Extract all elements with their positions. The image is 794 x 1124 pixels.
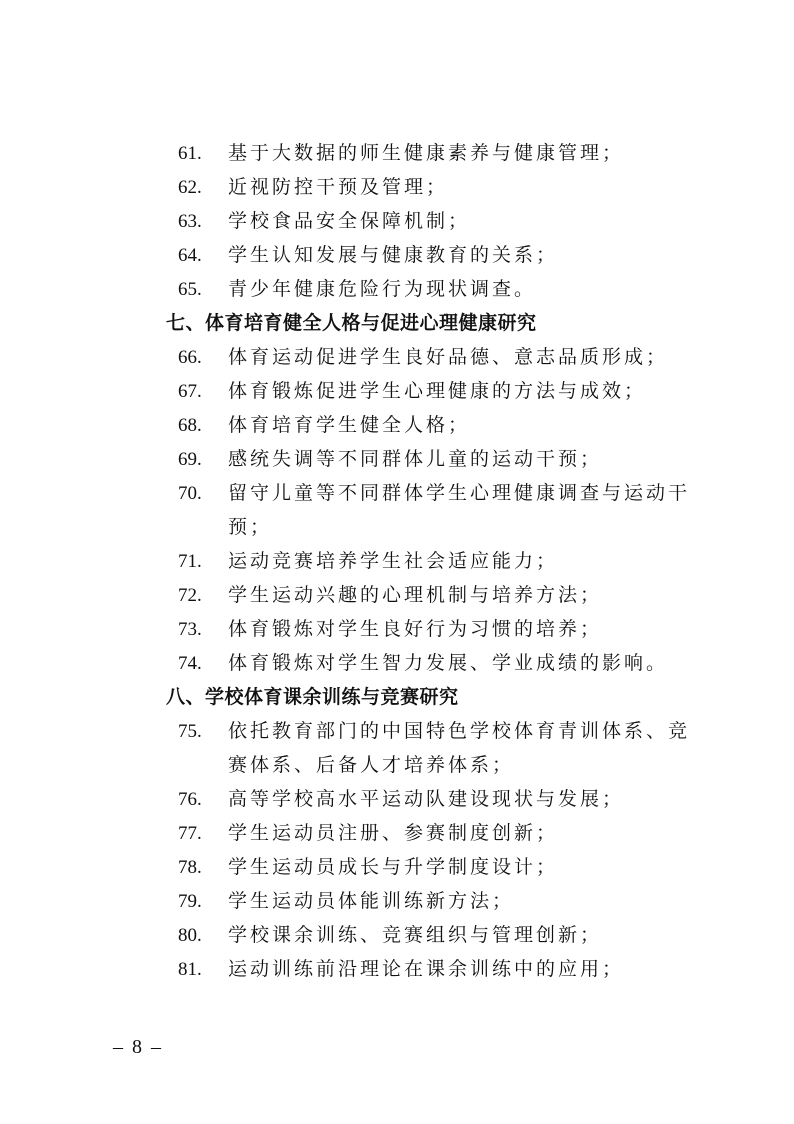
list-item: 67.体育锻炼促进学生心理健康的方法与成效；	[178, 374, 678, 408]
item-number: 78.	[178, 851, 228, 885]
item-text: 基于大数据的师生健康素养与健康管理；	[228, 136, 624, 170]
item-number: 74.	[178, 647, 228, 681]
list-item: 64.学生认知发展与健康教育的关系；	[178, 238, 678, 272]
item-number: 72.	[178, 579, 228, 613]
item-number: 61.	[178, 137, 228, 171]
item-text: 学生运动员成长与升学制度设计；	[228, 850, 558, 884]
item-number: 77.	[178, 817, 228, 851]
item-number: 79.	[178, 885, 228, 919]
item-number: 64.	[178, 239, 228, 273]
list-item: 72.学生运动兴趣的心理机制与培养方法；	[178, 578, 678, 612]
list-item: 81.运动训练前沿理论在课余训练中的应用；	[178, 952, 678, 986]
item-number: 70.	[178, 477, 228, 511]
item-number: 80.	[178, 919, 228, 953]
list-item: 63.学校食品安全保障机制；	[178, 204, 678, 238]
list-item: 70.留守儿童等不同群体学生心理健康调查与运动干	[178, 476, 678, 510]
list-item: 75.依托教育部门的中国特色学校体育青训体系、竞	[178, 714, 678, 748]
list-item: 76.高等学校高水平运动队建设现状与发展；	[178, 782, 678, 816]
item-number: 66.	[178, 341, 228, 375]
item-text: 学校课余训练、竞赛组织与管理创新；	[228, 918, 602, 952]
item-number: 63.	[178, 205, 228, 239]
list-item: 73.体育锻炼对学生良好行为习惯的培养；	[178, 612, 678, 646]
item-text: 学校食品安全保障机制；	[228, 204, 470, 238]
list-item: 77.学生运动员注册、参赛制度创新；	[178, 816, 678, 850]
item-number: 71.	[178, 545, 228, 579]
item-text: 近视防控干预及管理；	[228, 170, 448, 204]
list-item: 66.体育运动促进学生良好品德、意志品质形成；	[178, 340, 678, 374]
item-text: 运动训练前沿理论在课余训练中的应用；	[228, 952, 624, 986]
item-text: 学生运动员体能训练新方法；	[228, 884, 514, 918]
page-number: – 8 –	[113, 1036, 163, 1059]
item-text: 学生认知发展与健康教育的关系；	[228, 238, 558, 272]
list-item-continuation: 赛体系、后备人才培养体系；	[178, 748, 678, 782]
list-item: 80.学校课余训练、竞赛组织与管理创新；	[178, 918, 678, 952]
list-item-continuation: 预；	[178, 510, 678, 544]
item-text: 体育锻炼促进学生心理健康的方法与成效；	[228, 374, 646, 408]
item-number: 62.	[178, 171, 228, 205]
list-item: 74.体育锻炼对学生智力发展、学业成绩的影响。	[178, 646, 678, 680]
list-item: 65.青少年健康危险行为现状调查。	[178, 272, 678, 306]
list-item: 61.基于大数据的师生健康素养与健康管理；	[178, 136, 678, 170]
item-text: 体育培育学生健全人格；	[228, 408, 470, 442]
list-item: 79.学生运动员体能训练新方法；	[178, 884, 678, 918]
item-number: 76.	[178, 783, 228, 817]
item-text: 高等学校高水平运动队建设现状与发展；	[228, 782, 624, 816]
item-number: 69.	[178, 443, 228, 477]
list-item: 69.感统失调等不同群体儿童的运动干预；	[178, 442, 678, 476]
item-number: 81.	[178, 953, 228, 987]
item-text: 运动竞赛培养学生社会适应能力；	[228, 544, 558, 578]
list-item: 68.体育培育学生健全人格；	[178, 408, 678, 442]
item-text: 体育锻炼对学生良好行为习惯的培养；	[228, 612, 602, 646]
item-text: 体育锻炼对学生智力发展、学业成绩的影响。	[228, 646, 668, 680]
item-number: 67.	[178, 375, 228, 409]
item-text: 感统失调等不同群体儿童的运动干预；	[228, 442, 602, 476]
item-text: 学生运动兴趣的心理机制与培养方法；	[228, 578, 602, 612]
section-heading-7: 七、体育培育健全人格与促进心理健康研究	[166, 306, 678, 340]
document-body: 61.基于大数据的师生健康素养与健康管理； 62.近视防控干预及管理； 63.学…	[178, 136, 678, 986]
document-page: 61.基于大数据的师生健康素养与健康管理； 62.近视防控干预及管理； 63.学…	[0, 0, 794, 1124]
item-number: 75.	[178, 715, 228, 749]
item-number: 73.	[178, 613, 228, 647]
item-text: 体育运动促进学生良好品德、意志品质形成；	[228, 340, 668, 374]
section-heading-8: 八、学校体育课余训练与竞赛研究	[166, 680, 678, 714]
item-number: 65.	[178, 273, 228, 307]
item-text: 青少年健康危险行为现状调查。	[228, 272, 536, 306]
list-item: 78.学生运动员成长与升学制度设计；	[178, 850, 678, 884]
item-text: 学生运动员注册、参赛制度创新；	[228, 816, 558, 850]
item-text: 留守儿童等不同群体学生心理健康调查与运动干	[228, 476, 690, 510]
list-item: 62.近视防控干预及管理；	[178, 170, 678, 204]
item-number: 68.	[178, 409, 228, 443]
list-item: 71.运动竞赛培养学生社会适应能力；	[178, 544, 678, 578]
item-text: 依托教育部门的中国特色学校体育青训体系、竞	[228, 714, 690, 748]
